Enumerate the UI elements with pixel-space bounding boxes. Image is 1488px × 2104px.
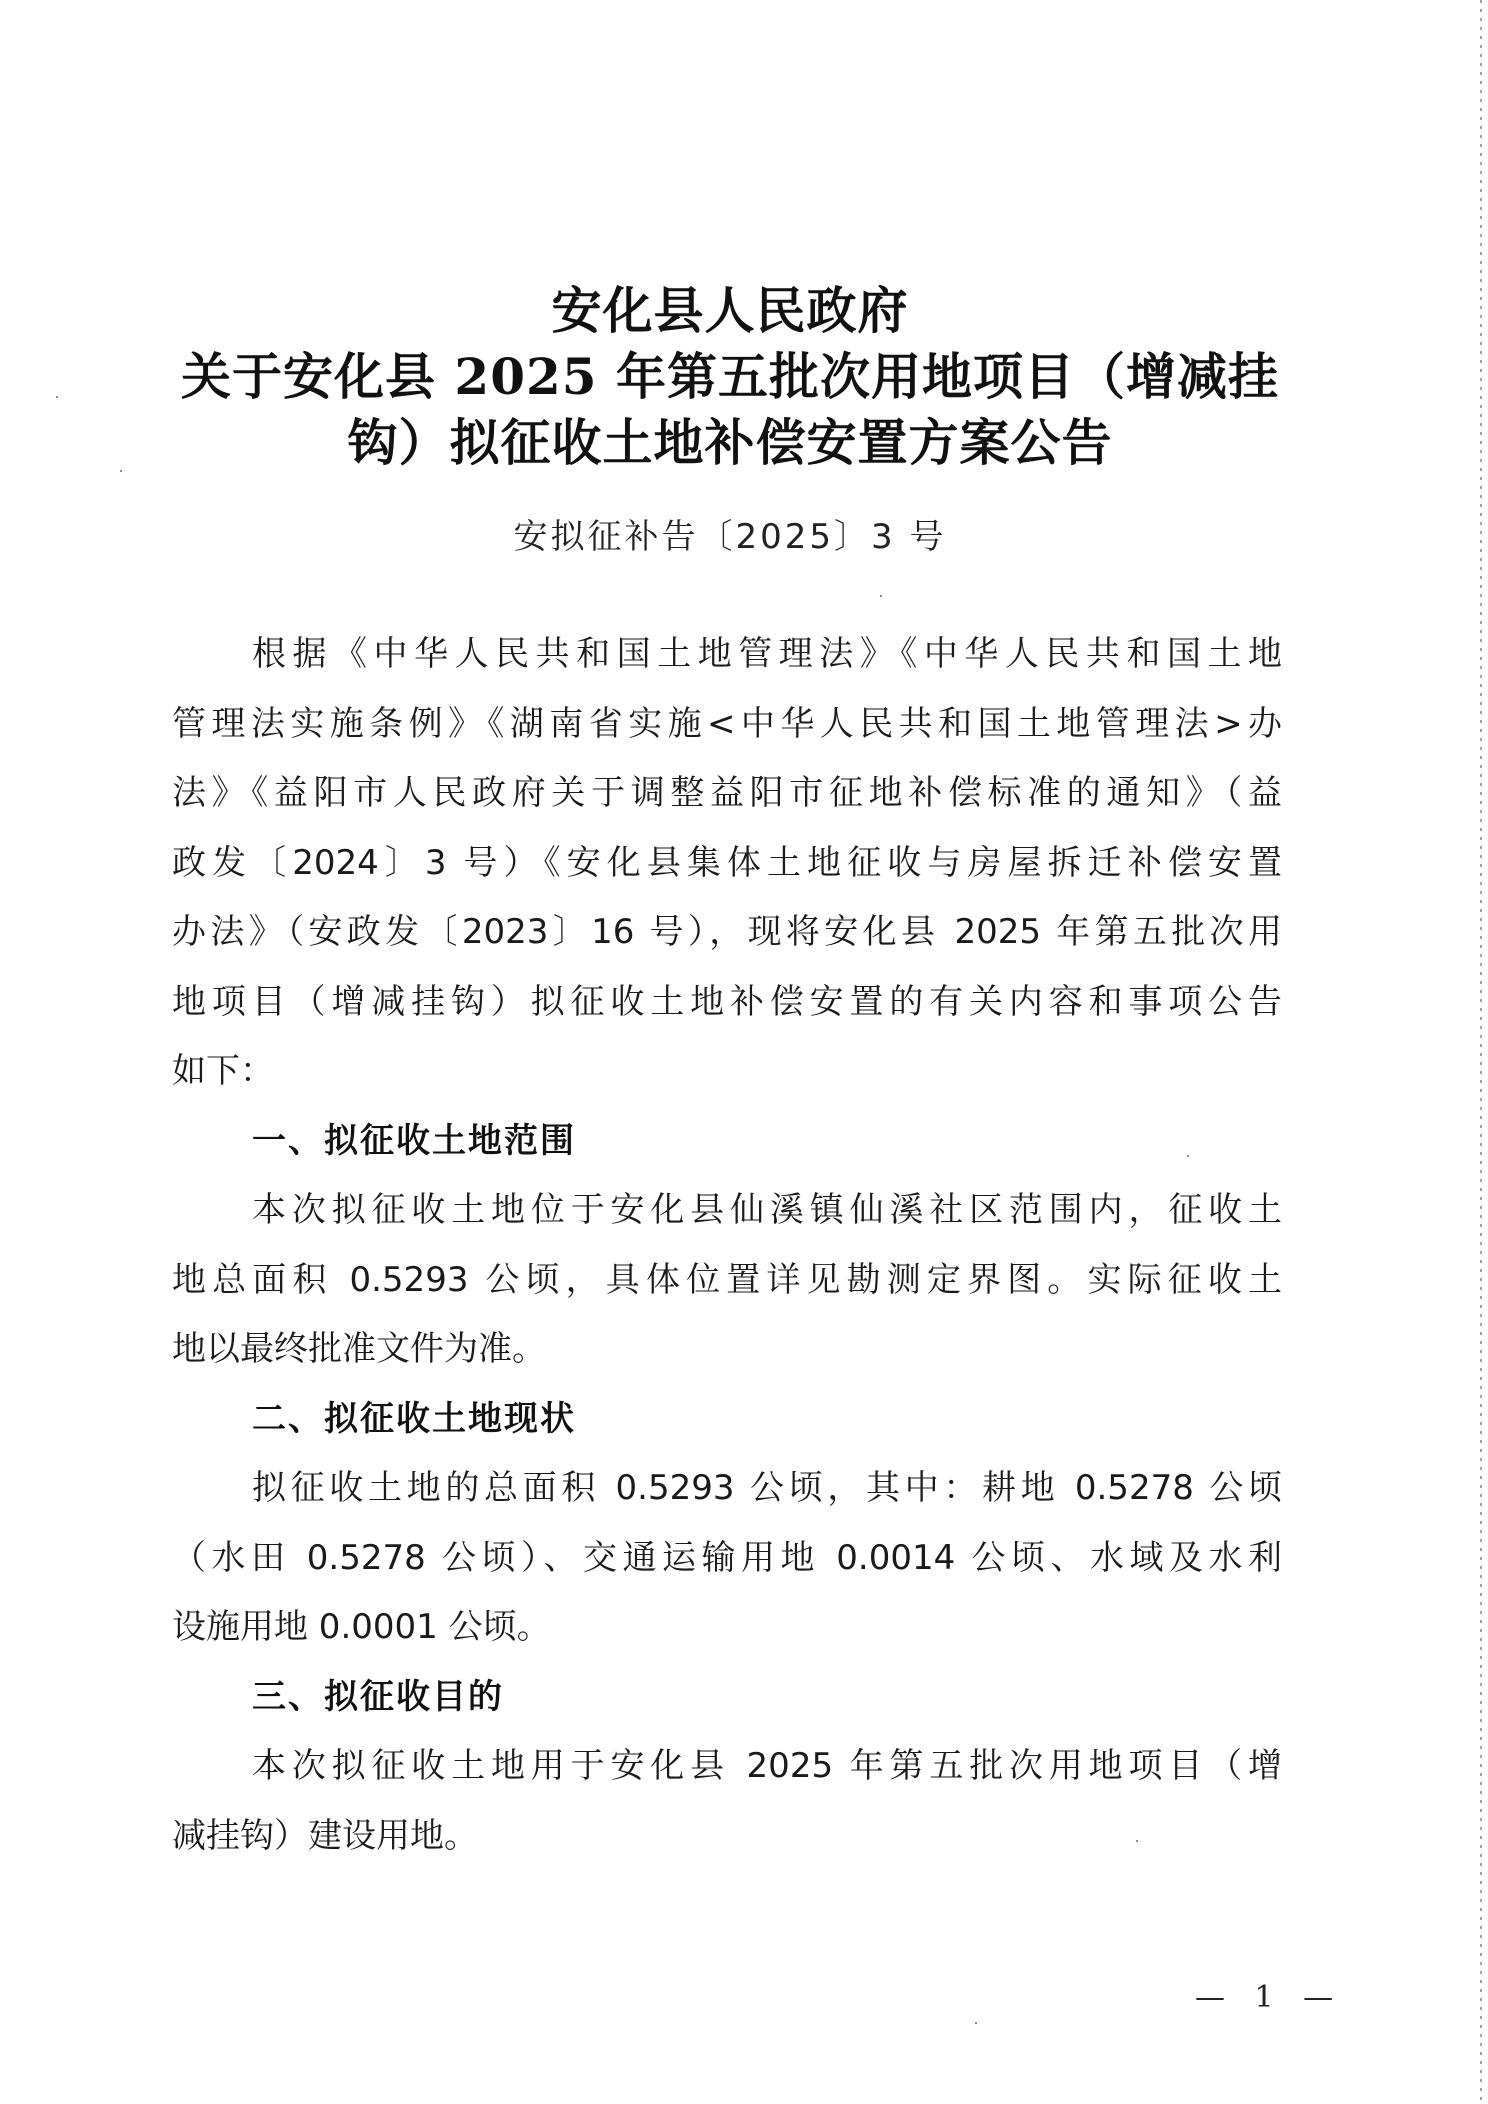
document-body: 根据《中华人民共和国土地管理法》《中华人民共和国土地 管理法实施条例》《湖南省实…	[172, 620, 1282, 1871]
paragraph-line: 拟征收土地的总面积 0.5293 公顷，其中：耕地 0.5278 公顷	[172, 1454, 1282, 1524]
title-issuer: 安化县人民政府	[170, 278, 1290, 344]
section-heading: 一、拟征收土地范围	[172, 1107, 1282, 1177]
section-land-scope: 一、拟征收土地范围 本次拟征收土地位于安化县仙溪镇仙溪社区范围内，征收土 地总面…	[172, 1107, 1282, 1385]
paragraph-line: 本次拟征收土地用于安化县 2025 年第五批次用地项目（增	[172, 1732, 1282, 1802]
page-number: — 1 —	[1195, 1980, 1343, 2015]
section-land-status: 二、拟征收土地现状 拟征收土地的总面积 0.5293 公顷，其中：耕地 0.52…	[172, 1385, 1282, 1663]
section-heading: 二、拟征收土地现状	[172, 1385, 1282, 1455]
scan-speck	[120, 470, 122, 472]
document-title: 安化县人民政府 关于安化县 2025 年第五批次用地项目（增减挂 钩）拟征收土地…	[170, 278, 1290, 476]
scan-speck	[56, 396, 58, 398]
document-page: 安化县人民政府 关于安化县 2025 年第五批次用地项目（增减挂 钩）拟征收土地…	[0, 0, 1488, 2104]
paragraph-line: 本次拟征收土地位于安化县仙溪镇仙溪社区范围内，征收土	[172, 1176, 1282, 1246]
title-subject-line-1: 关于安化县 2025 年第五批次用地项目（增减挂	[170, 344, 1290, 410]
section-purpose: 三、拟征收目的 本次拟征收土地用于安化县 2025 年第五批次用地项目（增 减挂…	[172, 1663, 1282, 1872]
paragraph-line: 法》《益阳市人民政府关于调整益阳市征地补偿标准的通知》（益	[172, 759, 1282, 829]
paragraph-line: 设施用地 0.0001 公顷。	[172, 1593, 1282, 1663]
section-heading: 三、拟征收目的	[172, 1663, 1282, 1733]
paragraph-line: 根据《中华人民共和国土地管理法》《中华人民共和国土地	[172, 620, 1282, 690]
paragraph-line: 如下：	[172, 1037, 1282, 1107]
paragraph-line: 减挂钩）建设用地。	[172, 1802, 1282, 1872]
document-number: 安拟征补告〔2025〕3 号	[170, 512, 1290, 562]
paragraph-line: 管理法实施条例》《湖南省实施<中华人民共和国土地管理法>办	[172, 690, 1282, 760]
paragraph-line: 地总面积 0.5293 公顷，具体位置详见勘测定界图。实际征收土	[172, 1246, 1282, 1316]
paragraph-line: 办法》（安政发〔2023〕16 号），现将安化县 2025 年第五批次用	[172, 898, 1282, 968]
paragraph-line: 地以最终批准文件为准。	[172, 1315, 1282, 1385]
scan-speck	[880, 595, 882, 597]
title-subject-line-2: 钩）拟征收土地补偿安置方案公告	[170, 410, 1290, 476]
intro-paragraph: 根据《中华人民共和国土地管理法》《中华人民共和国土地 管理法实施条例》《湖南省实…	[172, 620, 1282, 1107]
scan-speck	[975, 2022, 977, 2024]
scan-edge-artifact	[1480, 0, 1482, 2104]
paragraph-line: 地项目（增减挂钩）拟征收土地补偿安置的有关内容和事项公告	[172, 968, 1282, 1038]
paragraph-line: （水田 0.5278 公顷）、交通运输用地 0.0014 公顷、水域及水利	[172, 1524, 1282, 1594]
paragraph-line: 政发〔2024〕3 号）《安化县集体土地征收与房屋拆迁补偿安置	[172, 829, 1282, 899]
